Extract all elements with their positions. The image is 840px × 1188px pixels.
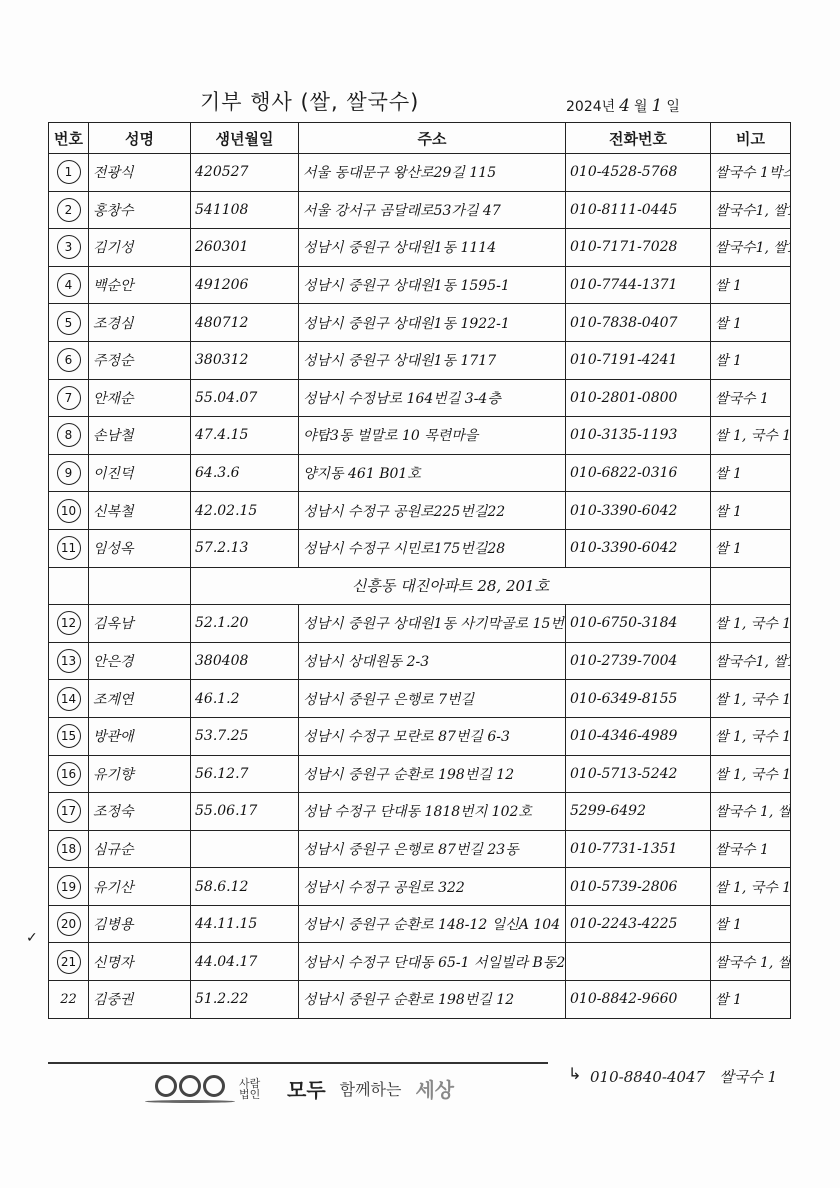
cell-address: 성남시 수정구 단대동 65-1 서일빌라 B동201호 bbox=[299, 943, 566, 981]
cell-note: 쌀 1 bbox=[711, 266, 791, 304]
donation-table: 번호 성명 생년월일 주소 전화번호 비고 1전광식420527서울 동대문구 … bbox=[48, 122, 791, 1019]
extra-entry-phone: 010-8840-4047 bbox=[590, 1068, 705, 1086]
cell-number: 8 bbox=[49, 417, 89, 455]
cell-address: 성남시 중원구 은행로 7번길 bbox=[299, 680, 566, 718]
cell-phone: 5299-6492 bbox=[566, 793, 711, 831]
footer-motto: 사람 법인 모두 함께하는 세상 bbox=[155, 1074, 454, 1103]
cell-birthdate: 58.6.12 bbox=[191, 868, 299, 906]
cell-number: 22 bbox=[49, 981, 89, 1019]
table-row: 1전광식420527서울 동대문구 왕산로29길 115010-4528-576… bbox=[49, 154, 791, 192]
cell-name: 안은경 bbox=[89, 642, 191, 680]
cell-number: 11 bbox=[49, 529, 89, 567]
cell-phone: 010-7171-7028 bbox=[566, 229, 711, 267]
row-number: 7 bbox=[57, 386, 81, 410]
cell-number: 18 bbox=[49, 830, 89, 868]
table-row: 15방관애53.7.25성남시 수정구 모란로 87번길 6-3010-4346… bbox=[49, 717, 791, 755]
cell-address: 성남시 수정구 시민로175번길28 bbox=[299, 529, 566, 567]
cell-number: 1 bbox=[49, 154, 89, 192]
cell-note: 쌀 1, 국수 1 bbox=[711, 605, 791, 643]
cell-phone: 010-3135-1193 bbox=[566, 417, 711, 455]
cell-number: 2 bbox=[49, 191, 89, 229]
cell-phone: 010-5713-5242 bbox=[566, 755, 711, 793]
cell-number: 17 bbox=[49, 793, 89, 831]
cell-name: 김병용 bbox=[89, 905, 191, 943]
cell-name: 방관애 bbox=[89, 717, 191, 755]
motto-mid-text: 함께하는 bbox=[340, 1077, 402, 1100]
cell-number: 6 bbox=[49, 341, 89, 379]
cell-name bbox=[89, 567, 191, 605]
document-date: 2024년4월1일 bbox=[566, 96, 680, 116]
cell-name: 김기성 bbox=[89, 229, 191, 267]
cell-name: 김옥남 bbox=[89, 605, 191, 643]
table-row: 9이진덕64.3.6양지동 461 B01호010-6822-0316쌀 1 bbox=[49, 454, 791, 492]
cell-phone: 010-8111-0445 bbox=[566, 191, 711, 229]
cell-note: 쌀 1 bbox=[711, 304, 791, 342]
cell-note: 쌀 1 bbox=[711, 981, 791, 1019]
cell-number: 20 bbox=[49, 905, 89, 943]
cell-note: 쌀 1, 국수 1 bbox=[711, 755, 791, 793]
cell-note: 쌀 1 bbox=[711, 529, 791, 567]
cell-name: 홍창수 bbox=[89, 191, 191, 229]
row-number: 1 bbox=[57, 160, 81, 184]
cell-address: 성남 수정구 단대동 1818번지 102호 bbox=[299, 793, 566, 831]
cell-note: 쌀국수 1박스 bbox=[711, 154, 791, 192]
cell-birthdate: 541108 bbox=[191, 191, 299, 229]
col-header-name: 성명 bbox=[89, 123, 191, 154]
cell-number: 4 bbox=[49, 266, 89, 304]
cell-birthdate bbox=[191, 830, 299, 868]
row-number: 9 bbox=[57, 461, 81, 485]
cell-birthdate: 44.04.17 bbox=[191, 943, 299, 981]
cell-note: 쌀국수 1 bbox=[711, 830, 791, 868]
row-number: 8 bbox=[57, 423, 81, 447]
date-day-label: 일 bbox=[666, 99, 680, 115]
cell-name: 김중권 bbox=[89, 981, 191, 1019]
row-number: 14 bbox=[57, 687, 81, 711]
cell-address: 성남시 중원구 순환로 148-12 일신A 104 bbox=[299, 905, 566, 943]
cell-name: 조정숙 bbox=[89, 793, 191, 831]
date-year: 2024년 bbox=[566, 99, 615, 115]
cell-note: 쌀국수1, 쌀1 bbox=[711, 191, 791, 229]
cell-number: 3 bbox=[49, 229, 89, 267]
arrow-icon: ↳ bbox=[568, 1064, 581, 1083]
cell-birthdate: 55.06.17 bbox=[191, 793, 299, 831]
row-number: 18 bbox=[57, 837, 81, 861]
cell-phone: 010-6349-8155 bbox=[566, 680, 711, 718]
cell-note: 쌀 1 bbox=[711, 341, 791, 379]
row-number: 12 bbox=[57, 611, 81, 635]
cell-number: 10 bbox=[49, 492, 89, 530]
cell-birthdate: 57.2.13 bbox=[191, 529, 299, 567]
cell-birthdate: 491206 bbox=[191, 266, 299, 304]
cell-number: 7 bbox=[49, 379, 89, 417]
table-row: 7안재순55.04.07성남시 수정남로 164번길 3-4층010-2801-… bbox=[49, 379, 791, 417]
cell-birthdate: 53.7.25 bbox=[191, 717, 299, 755]
cell-phone bbox=[566, 943, 711, 981]
cell-name: 유기산 bbox=[89, 868, 191, 906]
row-number: 13 bbox=[57, 649, 81, 673]
row-number: 17 bbox=[57, 799, 81, 823]
cell-name: 조경심 bbox=[89, 304, 191, 342]
cell-note: 쌀 1, 국수 1 bbox=[711, 680, 791, 718]
cell-phone: 010-3390-6042 bbox=[566, 492, 711, 530]
cell-name: 심규순 bbox=[89, 830, 191, 868]
cell-note: 쌀 1 bbox=[711, 492, 791, 530]
row-number: 16 bbox=[57, 762, 81, 786]
organization-logo-icon bbox=[155, 1075, 225, 1103]
table-row: 22김중권51.2.22성남시 중원구 순환로 198번길 12010-8842… bbox=[49, 981, 791, 1019]
cell-address: 성남시 중원구 상대원1동 1114 bbox=[299, 229, 566, 267]
row-number: 6 bbox=[57, 348, 81, 372]
cell-birthdate: 260301 bbox=[191, 229, 299, 267]
cell-birthdate: 480712 bbox=[191, 304, 299, 342]
cell-note: 쌀 1, 국수 1 bbox=[711, 717, 791, 755]
col-header-number: 번호 bbox=[49, 123, 89, 154]
cell-phone: 010-6750-3184 bbox=[566, 605, 711, 643]
cell-note: 쌀국수 1, 쌀 1 bbox=[711, 793, 791, 831]
cell-birthdate: 55.04.07 bbox=[191, 379, 299, 417]
table-row: 3김기성260301성남시 중원구 상대원1동 1114010-7171-702… bbox=[49, 229, 791, 267]
cell-address: 성남시 수정구 공원로 322 bbox=[299, 868, 566, 906]
cell-note: 쌀국수 1 bbox=[711, 379, 791, 417]
col-header-note: 비고 bbox=[711, 123, 791, 154]
table-header-row: 번호 성명 생년월일 주소 전화번호 비고 bbox=[49, 123, 791, 154]
row-number: 10 bbox=[57, 499, 81, 523]
cell-name: 안재순 bbox=[89, 379, 191, 417]
cell-address: 야탑3동 벌말로 10 목련마을 bbox=[299, 417, 566, 455]
cell-address: 성남시 중원구 상대원1동 사기막골로 15번길 bbox=[299, 605, 566, 643]
table-row-annotation: 신흥동 대진아파트 28, 201호 bbox=[49, 567, 791, 605]
cell-address: 성남시 중원구 순환로 198번길 12 bbox=[299, 981, 566, 1019]
table-row: 2홍창수541108서울 강서구 곰달래로53가길 47010-8111-044… bbox=[49, 191, 791, 229]
cell-number: 21 bbox=[49, 943, 89, 981]
cell-note bbox=[711, 567, 791, 605]
table-row: 16유기향56.12.7성남시 중원구 순환로 198번길 12010-5713… bbox=[49, 755, 791, 793]
cell-phone: 010-7744-1371 bbox=[566, 266, 711, 304]
cell-name: 조계연 bbox=[89, 680, 191, 718]
row-number: 5 bbox=[57, 311, 81, 335]
cell-number: 15 bbox=[49, 717, 89, 755]
cell-phone: 010-6822-0316 bbox=[566, 454, 711, 492]
motto-big-text: 모두 bbox=[287, 1074, 326, 1103]
cell-number bbox=[49, 567, 89, 605]
col-header-address: 주소 bbox=[299, 123, 566, 154]
cell-number: 16 bbox=[49, 755, 89, 793]
table-row: 10신복철42.02.15성남시 수정구 공원로225번길22010-3390-… bbox=[49, 492, 791, 530]
row-number: 4 bbox=[57, 273, 81, 297]
cell-note: 쌀국수1, 쌀1 bbox=[711, 229, 791, 267]
date-day: 1 bbox=[652, 96, 663, 116]
table-row: 17조정숙55.06.17성남 수정구 단대동 1818번지 102호5299-… bbox=[49, 793, 791, 831]
cell-address: 성남시 중원구 상대원1동 1922-1 bbox=[299, 304, 566, 342]
table-row: 5조경심480712성남시 중원구 상대원1동 1922-1010-7838-0… bbox=[49, 304, 791, 342]
cell-name: 손남철 bbox=[89, 417, 191, 455]
table-row: 11임성옥57.2.13성남시 수정구 시민로175번길28010-3390-6… bbox=[49, 529, 791, 567]
cell-name: 주정순 bbox=[89, 341, 191, 379]
cell-phone: 010-8842-9660 bbox=[566, 981, 711, 1019]
cell-address: 성남시 수정구 공원로225번길22 bbox=[299, 492, 566, 530]
cell-birthdate: 47.4.15 bbox=[191, 417, 299, 455]
cell-note: 쌀 1 bbox=[711, 905, 791, 943]
cell-name: 이진덕 bbox=[89, 454, 191, 492]
divider-line bbox=[48, 1062, 548, 1064]
cell-note: 쌀국수 1, 쌀 1 bbox=[711, 943, 791, 981]
cell-birthdate: 51.2.22 bbox=[191, 981, 299, 1019]
cell-phone: 010-2243-4225 bbox=[566, 905, 711, 943]
table-row: 8손남철47.4.15야탑3동 벌말로 10 목련마을010-3135-1193… bbox=[49, 417, 791, 455]
cell-address: 성남시 중원구 상대원1동 1595-1 bbox=[299, 266, 566, 304]
cell-address: 성남시 상대원동 2-3 bbox=[299, 642, 566, 680]
motto-grey-text: 세상 bbox=[415, 1074, 454, 1103]
cell-birthdate: 44.11.15 bbox=[191, 905, 299, 943]
row-number: 19 bbox=[57, 875, 81, 899]
cell-phone: 010-7838-0407 bbox=[566, 304, 711, 342]
cell-address: 성남시 중원구 은행로 87번길 23동 bbox=[299, 830, 566, 868]
cell-address: 성남시 수정구 모란로 87번길 6-3 bbox=[299, 717, 566, 755]
cell-name: 임성옥 bbox=[89, 529, 191, 567]
cell-birthdate: 42.02.15 bbox=[191, 492, 299, 530]
table-body: 1전광식420527서울 동대문구 왕산로29길 115010-4528-576… bbox=[49, 154, 791, 1019]
cell-phone: 010-4346-4989 bbox=[566, 717, 711, 755]
table-row: 4백순안491206성남시 중원구 상대원1동 1595-1010-7744-1… bbox=[49, 266, 791, 304]
cell-note: 쌀 1 bbox=[711, 454, 791, 492]
table-row: 13안은경380408성남시 상대원동 2-3010-2739-7004쌀국수1… bbox=[49, 642, 791, 680]
cell-name: 신복철 bbox=[89, 492, 191, 530]
cell-birthdate: 46.1.2 bbox=[191, 680, 299, 718]
cell-phone: 010-4528-5768 bbox=[566, 154, 711, 192]
col-header-birthdate: 생년월일 bbox=[191, 123, 299, 154]
cell-address: 양지동 461 B01호 bbox=[299, 454, 566, 492]
cell-note: 쌀국수1, 쌀1 bbox=[711, 642, 791, 680]
cell-annotation: 신흥동 대진아파트 28, 201호 bbox=[191, 567, 711, 605]
cell-name: 유기향 bbox=[89, 755, 191, 793]
cell-phone: 010-2801-0800 bbox=[566, 379, 711, 417]
cell-phone: 010-5739-2806 bbox=[566, 868, 711, 906]
cell-name: 백순안 bbox=[89, 266, 191, 304]
document-title: 기부 행사 (쌀, 쌀국수) bbox=[200, 86, 419, 116]
cell-phone: 010-7731-1351 bbox=[566, 830, 711, 868]
extra-entry: 010-8840-4047 쌀국수 1 bbox=[590, 1066, 777, 1087]
cell-address: 서울 강서구 곰달래로53가길 47 bbox=[299, 191, 566, 229]
cell-birthdate: 380312 bbox=[191, 341, 299, 379]
cell-number: 12 bbox=[49, 605, 89, 643]
cell-birthdate: 52.1.20 bbox=[191, 605, 299, 643]
motto-small-text: 사람 법인 bbox=[239, 1078, 273, 1100]
table-row: 6주정순380312성남시 중원구 상대원1동 1717010-7191-424… bbox=[49, 341, 791, 379]
cell-phone: 010-3390-6042 bbox=[566, 529, 711, 567]
date-month-label: 월 bbox=[634, 99, 648, 115]
cell-number: 19 bbox=[49, 868, 89, 906]
col-header-phone: 전화번호 bbox=[566, 123, 711, 154]
cell-birthdate: 64.3.6 bbox=[191, 454, 299, 492]
row-number: 15 bbox=[57, 724, 81, 748]
table-row: 18심규순성남시 중원구 은행로 87번길 23동010-7731-1351쌀국… bbox=[49, 830, 791, 868]
cell-birthdate: 420527 bbox=[191, 154, 299, 192]
cell-name: 전광식 bbox=[89, 154, 191, 192]
cell-number: 9 bbox=[49, 454, 89, 492]
cell-note: 쌀 1, 국수 1 bbox=[711, 868, 791, 906]
row-number: 3 bbox=[57, 235, 81, 259]
cell-number: 14 bbox=[49, 680, 89, 718]
table-row: 19유기산58.6.12성남시 수정구 공원로 322010-5739-2806… bbox=[49, 868, 791, 906]
extra-entry-note: 쌀국수 1 bbox=[719, 1068, 777, 1086]
row-number: 11 bbox=[57, 536, 81, 560]
cell-number: 13 bbox=[49, 642, 89, 680]
cell-birthdate: 380408 bbox=[191, 642, 299, 680]
cell-note: 쌀 1, 국수 1 bbox=[711, 417, 791, 455]
row-number: 22 bbox=[60, 992, 77, 1007]
cell-number: 5 bbox=[49, 304, 89, 342]
cell-birthdate: 56.12.7 bbox=[191, 755, 299, 793]
table-row: 20김병용44.11.15성남시 중원구 순환로 148-12 일신A 1040… bbox=[49, 905, 791, 943]
cell-address: 성남시 중원구 순환로 198번길 12 bbox=[299, 755, 566, 793]
check-mark-icon: ✓ bbox=[26, 930, 38, 946]
cell-address: 성남시 수정남로 164번길 3-4층 bbox=[299, 379, 566, 417]
table-row: 21신명자44.04.17성남시 수정구 단대동 65-1 서일빌라 B동201… bbox=[49, 943, 791, 981]
cell-address: 성남시 중원구 상대원1동 1717 bbox=[299, 341, 566, 379]
date-month: 4 bbox=[619, 96, 630, 116]
table-row: 14조계연46.1.2성남시 중원구 은행로 7번길010-6349-8155쌀… bbox=[49, 680, 791, 718]
row-number: 21 bbox=[57, 950, 81, 974]
table-row: 12김옥남52.1.20성남시 중원구 상대원1동 사기막골로 15번길010-… bbox=[49, 605, 791, 643]
row-number: 2 bbox=[57, 198, 81, 222]
row-number: 20 bbox=[57, 912, 81, 936]
cell-name: 신명자 bbox=[89, 943, 191, 981]
cell-phone: 010-7191-4241 bbox=[566, 341, 711, 379]
cell-address: 서울 동대문구 왕산로29길 115 bbox=[299, 154, 566, 192]
cell-phone: 010-2739-7004 bbox=[566, 642, 711, 680]
